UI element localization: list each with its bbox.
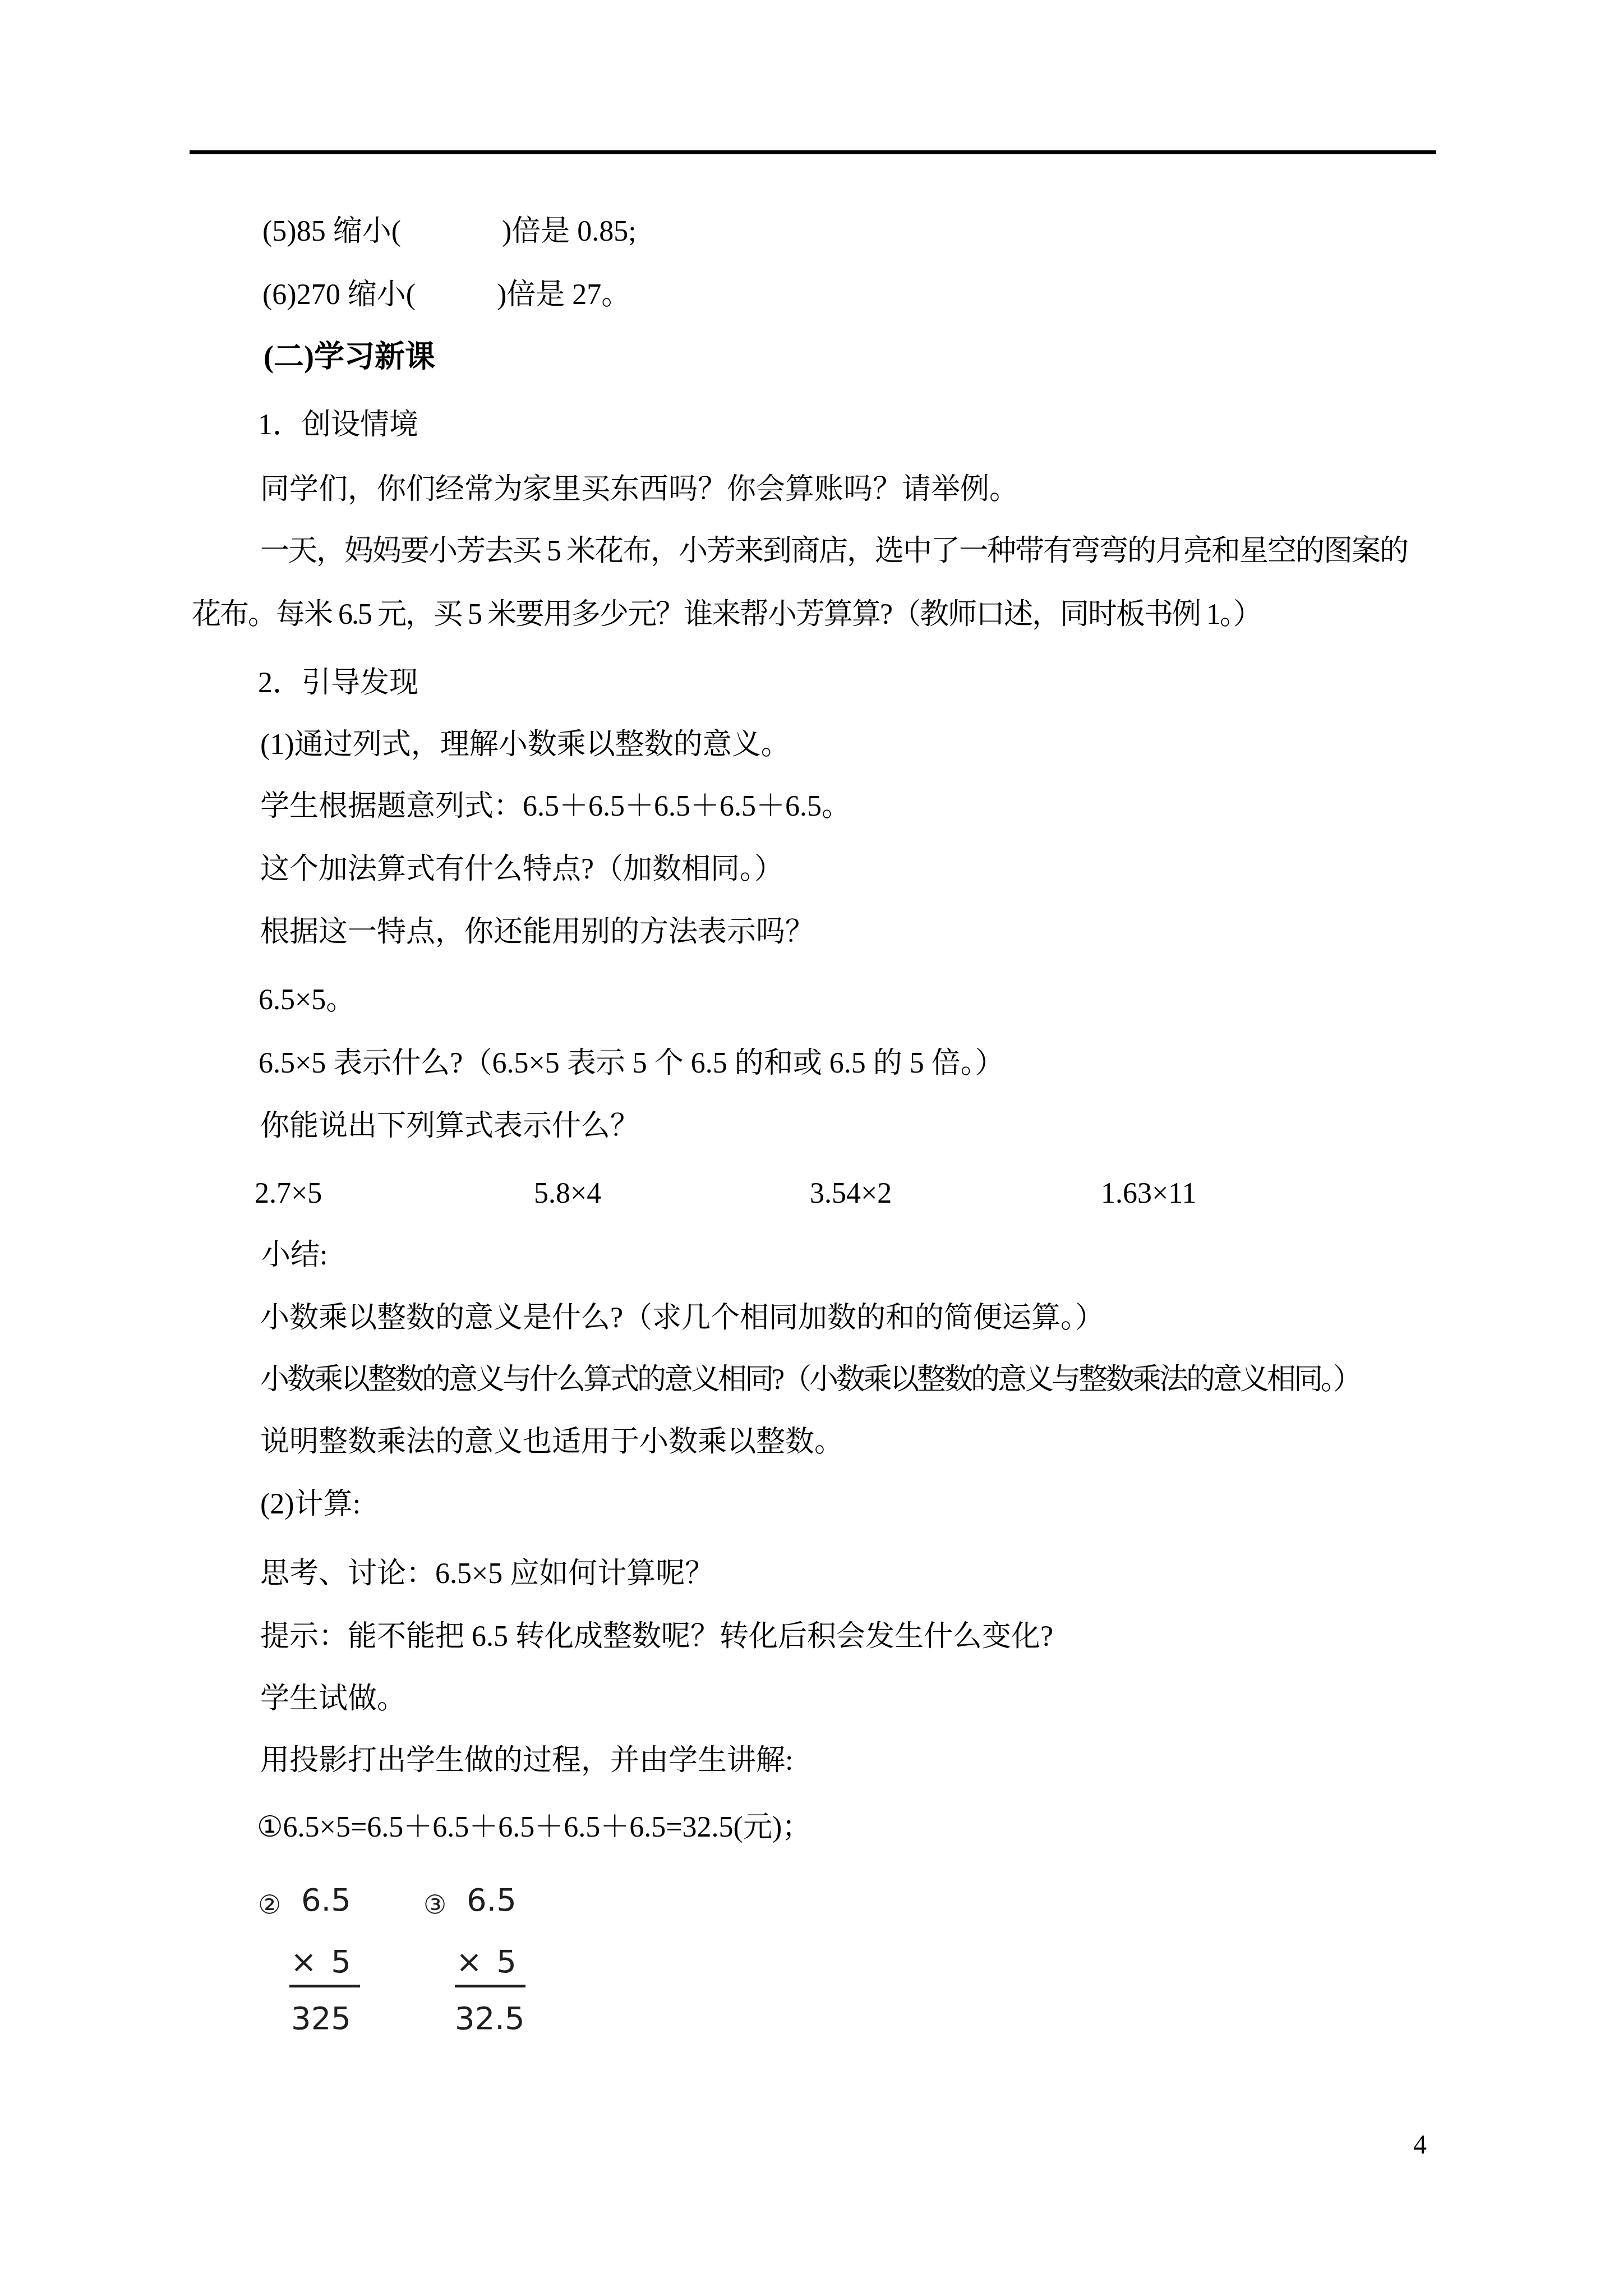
paragraph-ask-students: 同学们，你们经常为家里买东西吗？你会算账吗？请举例。 — [260, 473, 1018, 507]
vertical-multiplication-3: ③ 6.5 ×5 32.5 — [423, 1885, 525, 2035]
summary-question-1: 小数乘以整数的意义是什么?（求几个相同加数的和的简便运算。） — [260, 1301, 1104, 1335]
multiplicand: 6.5 — [455, 1885, 525, 1916]
expression-item-3: 3.54×2 — [810, 1177, 892, 1211]
summary-question-2: 小数乘以整数的意义与什么算式的意义相同?（小数乘以整数的意义与整数乘法的意义相同… — [260, 1363, 1360, 1397]
q6-prefix: (6)270 缩小( — [262, 279, 416, 311]
multiplier: 5 — [331, 1947, 351, 1978]
times-sign: × — [456, 1947, 482, 1978]
q5-prefix: (5)85 缩小( — [262, 215, 401, 247]
header-rule — [190, 150, 1436, 154]
multiplier: 5 — [496, 1947, 517, 1978]
vertical-multiplication-2: ② 6.5 ×5 325 — [258, 1885, 360, 2035]
product: 325 — [289, 2003, 360, 2035]
expression-65x5: 6.5×5。 — [259, 983, 355, 1017]
paragraph-students-try: 学生试做。 — [260, 1682, 406, 1716]
multiplicand: 6.5 — [289, 1885, 360, 1916]
step1-title: 1．创设情境 — [258, 408, 418, 442]
step2-title: 2．引导发现 — [258, 666, 418, 700]
paragraph-story-line2: 花布。每米 6.5 元，买 5 米要用多少元？谁来帮小芳算算?（教师口述，同时板… — [192, 598, 1261, 632]
paragraph-projection: 用投影打出学生做的过程，并由学生讲解: — [260, 1744, 793, 1778]
multiplication-column: 6.5 ×5 32.5 — [455, 1885, 525, 2035]
multiplier-row: ×5 — [455, 1947, 525, 1987]
paragraph-addition-feature: 这个加法算式有什么特点?（加数相同。） — [260, 853, 783, 886]
paragraph-sum-formula: 学生根据题意列式：6.5＋6.5＋6.5＋6.5＋6.5。 — [260, 790, 851, 823]
paragraph-expression-meaning: 6.5×5 表示什么?（6.5×5 表示 5 个 6.5 的和或 6.5 的 5… — [259, 1047, 1004, 1080]
times-sign: × — [291, 1947, 317, 1978]
fill-blank-question-5: (5)85 缩小()倍是 0.85; — [262, 215, 637, 249]
product: 32.5 — [455, 2003, 525, 2035]
multiplier-row: ×5 — [289, 1947, 360, 1987]
circled-2-label: ② — [258, 1892, 289, 1917]
point2-calculate: (2)计算: — [260, 1488, 361, 1521]
expression-item-2: 5.8×4 — [534, 1177, 601, 1211]
fill-blank-question-6: (6)270 缩小()倍是 27。 — [262, 278, 630, 312]
circled-3-label: ③ — [423, 1892, 455, 1917]
paragraph-say-following: 你能说出下列算式表示什么？ — [260, 1110, 639, 1143]
blank-space — [401, 240, 502, 241]
paragraph-think-discuss: 思考、讨论：6.5×5 应如何计算呢？ — [260, 1557, 714, 1591]
paragraph-other-method: 根据这一特点，你还能用别的方法表示吗？ — [260, 915, 814, 949]
blank-space — [416, 303, 497, 304]
method-1-addition: ①6.5×5=6.5＋6.5＋6.5＋6.5＋6.5=32.5(元)； — [257, 1811, 811, 1844]
summary-label: 小结: — [261, 1239, 328, 1272]
point1-meaning: (1)通过列式，理解小数乘以整数的意义。 — [260, 728, 790, 762]
expression-item-1: 2.7×5 — [255, 1177, 322, 1211]
section-heading: (二)学习新课 — [264, 339, 435, 374]
q6-suffix: )倍是 27。 — [497, 279, 630, 311]
page-number: 4 — [1413, 2132, 1427, 2159]
document-page: (5)85 缩小()倍是 0.85; (6)270 缩小()倍是 27。 (二)… — [0, 0, 1623, 2296]
paragraph-story-line1: 一天，妈妈要小芳去买 5 米花布，小芳来到商店，选中了一种带有弯弯的月亮和星空的… — [260, 535, 1408, 568]
paragraph-hint: 提示：能不能把 6.5 转化成整数呢？转化后积会发生什么变化? — [260, 1620, 1053, 1654]
multiplication-column: 6.5 ×5 325 — [289, 1885, 360, 2035]
summary-statement: 说明整数乘法的意义也适用于小数乘以整数。 — [260, 1425, 843, 1459]
expression-item-4: 1.63×11 — [1101, 1177, 1196, 1211]
q5-suffix: )倍是 0.85; — [502, 215, 637, 247]
